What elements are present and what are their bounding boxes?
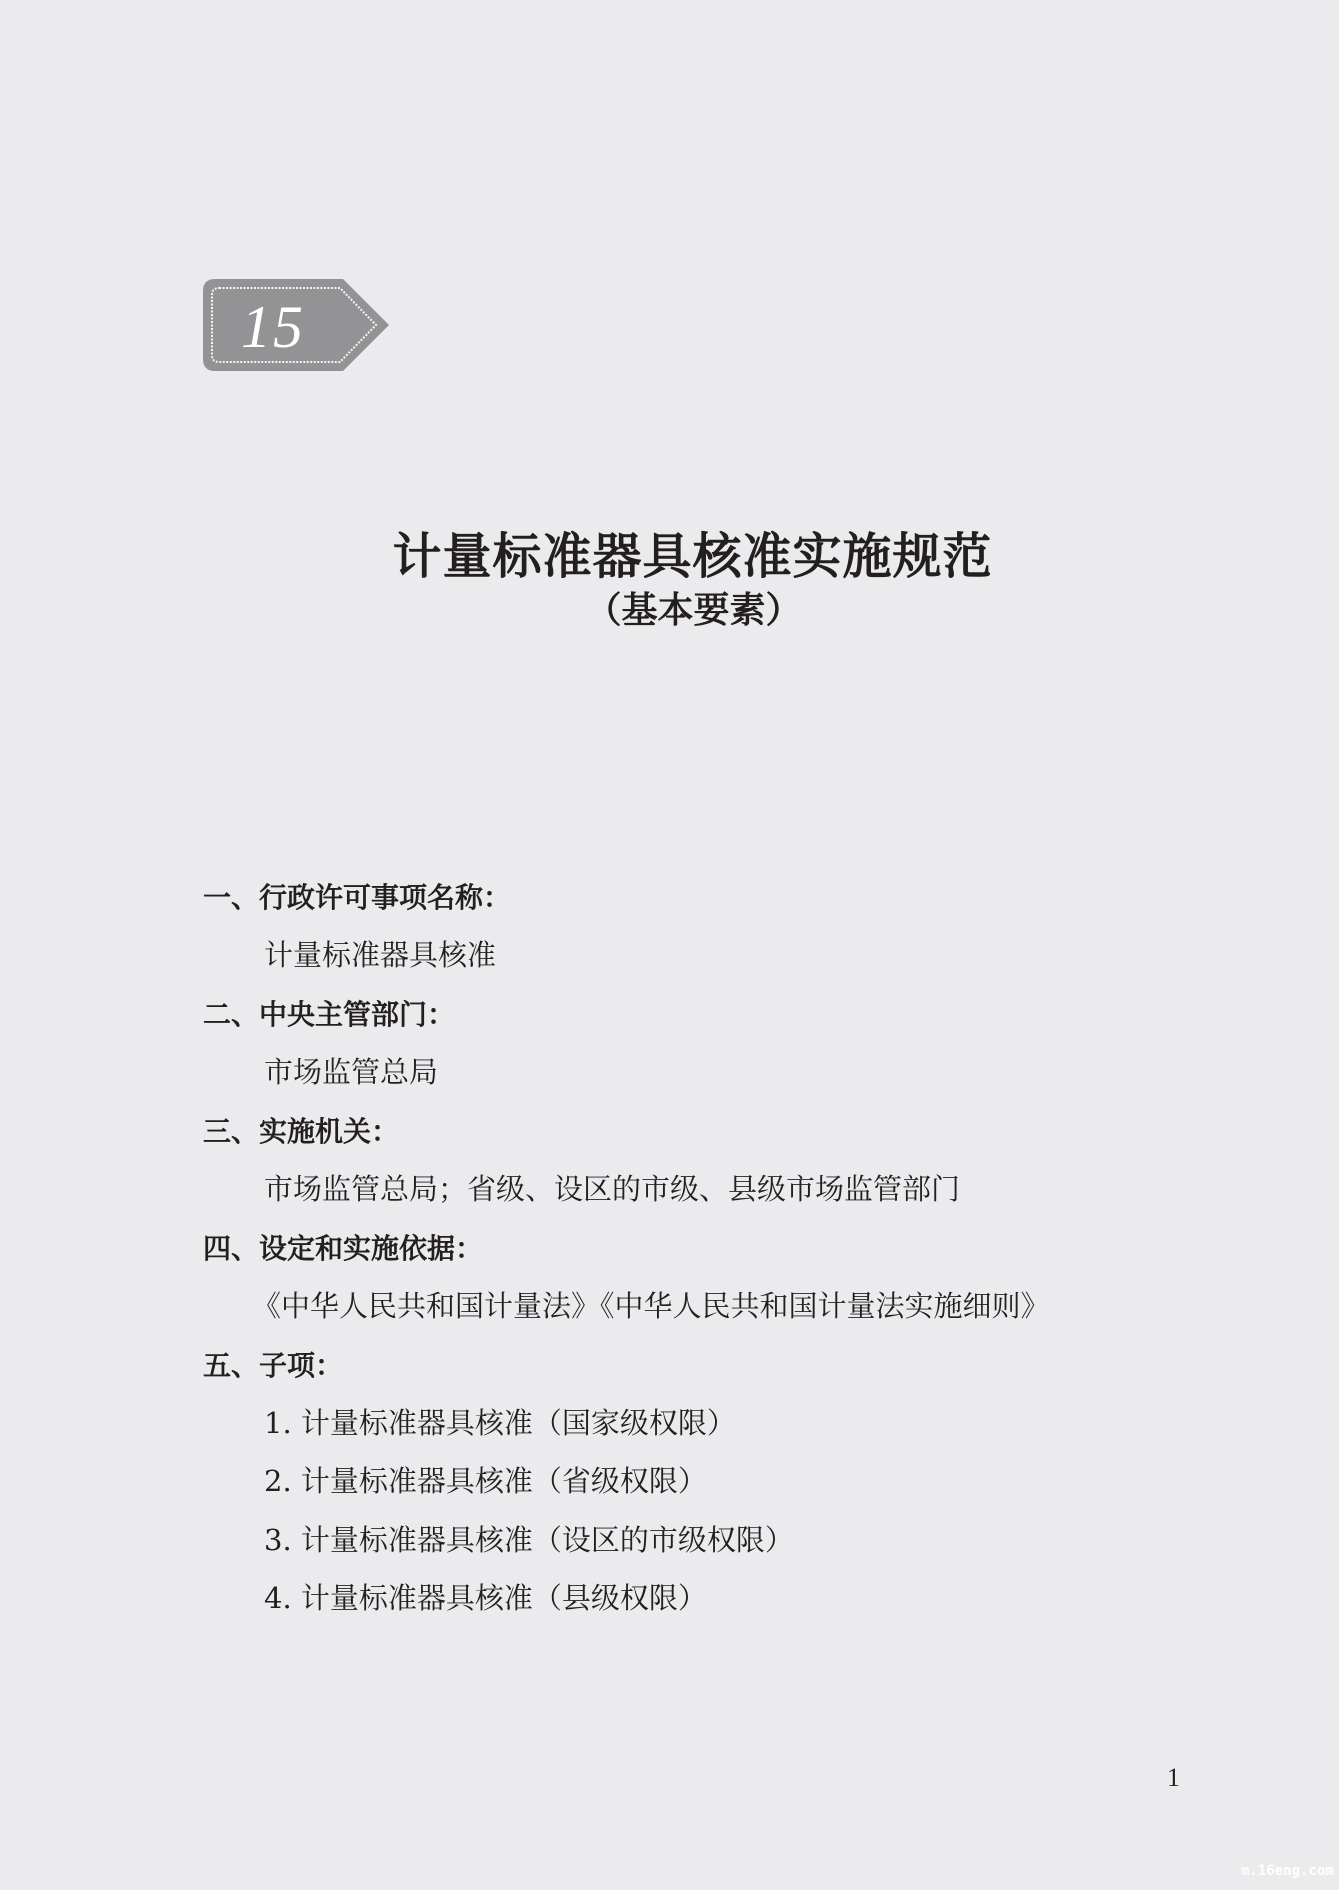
sub-item: 1. 计量标准器具核准（国家级权限） xyxy=(264,1401,736,1442)
sub-item: 4. 计量标准器具核准（县级权限） xyxy=(264,1576,707,1617)
document-subtitle: （基本要素） xyxy=(0,582,1339,633)
page-number: 1 xyxy=(1167,1763,1180,1793)
watermark: m.16eng.com xyxy=(1241,1863,1334,1879)
section-body-item-name: 计量标准器具核准 xyxy=(264,933,496,974)
chapter-number: 15 xyxy=(241,293,305,362)
sub-item: 2. 计量标准器具核准（省级权限） xyxy=(264,1459,707,1500)
section-heading-implementing-agency: 三、实施机关： xyxy=(203,1110,399,1150)
document-title: 计量标准器具核准实施规范 xyxy=(0,518,1339,588)
chapter-number-badge: 15 xyxy=(203,279,389,371)
section-body-implementing-agency: 市场监管总局；省级、设区的市级、县级市场监管部门 xyxy=(264,1167,960,1208)
section-heading-legal-basis: 四、设定和实施依据： xyxy=(203,1227,483,1267)
section-heading-central-department: 二、中央主管部门： xyxy=(203,993,455,1033)
section-body-central-department: 市场监管总局 xyxy=(264,1050,438,1091)
section-heading-item-name: 一、行政许可事项名称： xyxy=(203,876,511,916)
sub-item: 3. 计量标准器具核准（设区的市级权限） xyxy=(264,1518,794,1559)
section-body-legal-basis: 《中华人民共和国计量法》《中华人民共和国计量法实施细则》 xyxy=(252,1284,1050,1325)
section-heading-sub-items: 五、子项： xyxy=(203,1344,343,1384)
